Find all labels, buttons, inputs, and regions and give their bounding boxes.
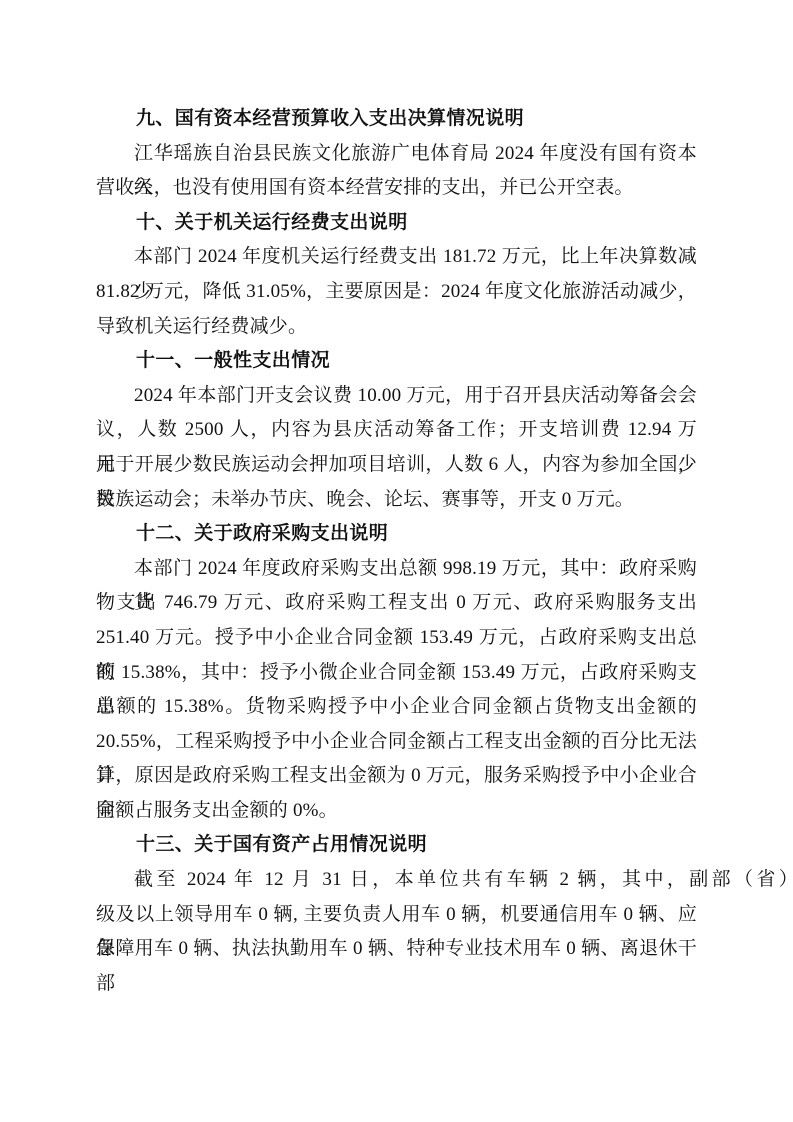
text-line: 20.55%，工程采购授予中小企业合同金额占工程支出金额的百分比无法计: [96, 725, 697, 760]
section-heading-13: 十三、关于国有资产占用情况说明: [96, 828, 697, 863]
section-heading-12: 十二、关于政府采购支出说明: [96, 517, 697, 552]
text-line: 级及以上领导用车 0 辆, 主要负责人用车 0 辆，机要通信用车 0 辆、应急: [96, 898, 697, 933]
text-line: 81.82 万元，降低 31.05%，主要原因是：2024 年度文化旅游活动减少…: [96, 275, 697, 310]
text-line: 2024 年本部门开支会议费 10.00 万元，用于召开县庆活动筹备会会: [96, 379, 697, 414]
section-heading-11: 十一、一般性支出情况: [96, 344, 697, 379]
text-line: 民族运动会；未举办节庆、晚会、论坛、赛事等，开支 0 万元。: [96, 483, 697, 518]
text-line: 算，原因是政府采购工程支出金额为 0 万元，服务采购授予中小企业合同: [96, 759, 697, 794]
text-line: 议，人数 2500 人，内容为县庆活动筹备工作；开支培训费 12.94 万元，: [96, 413, 697, 448]
document-body: 九、国有资本经营预算收入支出决算情况说明 江华瑶族自治县民族文化旅游广电体育局 …: [96, 102, 697, 967]
text-line: 营收入，也没有使用国有资本经营安排的支出，并已公开空表。: [96, 171, 697, 206]
text-line: 的 15.38%，其中：授予小微企业合同金额 153.49 万元，占政府采购支出: [96, 656, 697, 691]
text-line: 江华瑶族自治县民族文化旅游广电体育局 2024 年度没有国有资本经: [96, 137, 697, 172]
text-line: 物支出 746.79 万元、政府采购工程支出 0 万元、政府采购服务支出: [96, 586, 697, 621]
text-line: 251.40 万元。授予中小企业合同金额 153.49 万元，占政府采购支出总额: [96, 621, 697, 656]
text-line: 本部门 2024 年度机关运行经费支出 181.72 万元，比上年决算数减少: [96, 240, 697, 275]
text-line: 用于开展少数民族运动会押加项目培训，人数 6 人，内容为参加全国少数: [96, 448, 697, 483]
text-line: 本部门 2024 年度政府采购支出总额 998.19 万元，其中：政府采购货: [96, 552, 697, 587]
text-line: 金额占服务支出金额的 0%。: [96, 794, 697, 829]
text-line: 保障用车 0 辆、执法执勤用车 0 辆、特种专业技术用车 0 辆、离退休干部: [96, 932, 697, 967]
section-heading-9: 九、国有资本经营预算收入支出决算情况说明: [96, 102, 697, 137]
document-page: 九、国有资本经营预算收入支出决算情况说明 江华瑶族自治县民族文化旅游广电体育局 …: [0, 0, 793, 1122]
section-heading-10: 十、关于机关运行经费支出说明: [96, 206, 697, 241]
text-line: 总额的 15.38%。货物采购授予中小企业合同金额占货物支出金额的: [96, 690, 697, 725]
text-line: 截至 2024 年 12 月 31 日，本单位共有车辆 2 辆，其中，副部（省）: [96, 863, 793, 898]
text-line: 导致机关运行经费减少。: [96, 310, 697, 345]
